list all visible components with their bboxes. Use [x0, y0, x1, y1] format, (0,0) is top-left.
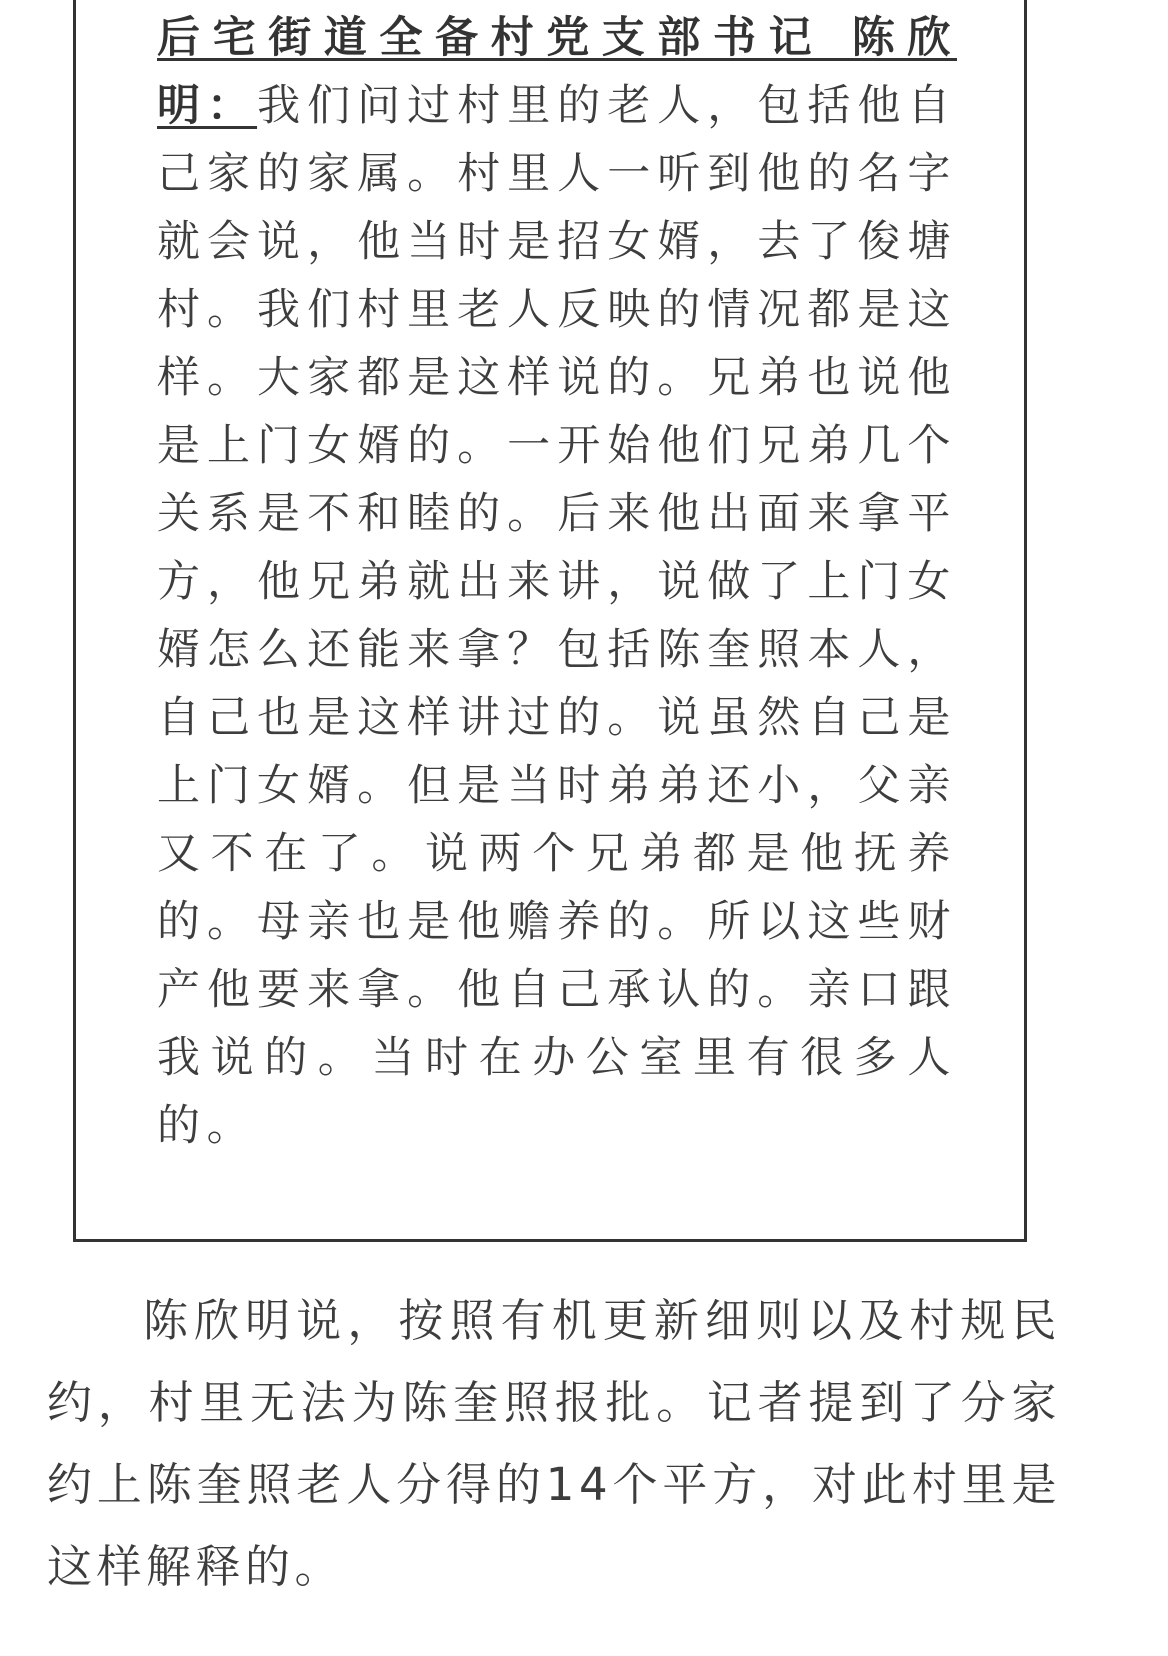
body-paragraph: 陈欣明说，按照有机更新细则以及村规民约，村里无法为陈奎照报批。记者提到了分家约上…	[47, 1280, 1061, 1608]
quote-text: 后宅街道全备村党支部书记 陈欣明：我们问过村里的老人，包括他自己家的家属。村里人…	[157, 4, 957, 1160]
quote-body: 我们问过村里的老人，包括他自己家的家属。村里人一听到他的名字就会说，他当时是招女…	[157, 81, 957, 1151]
